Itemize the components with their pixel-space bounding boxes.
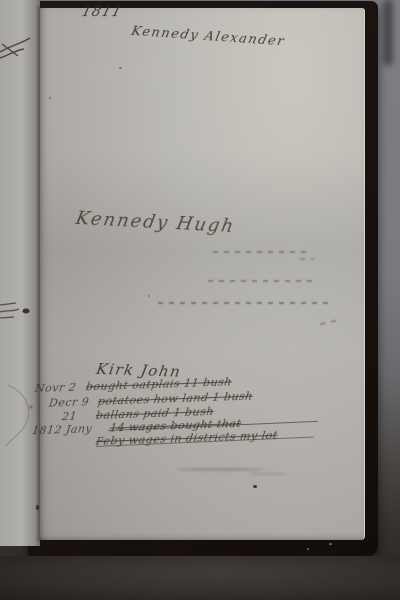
- facing-page-ink-marks: [0, 0, 45, 600]
- faded-entry-trace: [158, 302, 333, 304]
- ink-smudge: [248, 473, 288, 475]
- entry-date: Decr 9: [48, 395, 90, 409]
- entry-date: Novr 2: [34, 381, 77, 396]
- ink-smudge: [176, 468, 264, 471]
- year-inscription: 1811: [80, 4, 124, 20]
- ink-speck: [49, 97, 51, 99]
- ink-speck: [36, 505, 39, 510]
- page-shading: [40, 150, 364, 350]
- dust-speck: [307, 548, 309, 550]
- faded-entry-trace: [208, 280, 316, 282]
- faded-entry-trace: [213, 251, 308, 253]
- dust-speck: [329, 543, 332, 545]
- ledger-photo: 1811 Kennedy Alexander Kennedy Hugh Kirk…: [0, 0, 400, 600]
- table-surface: [0, 556, 400, 600]
- background-shadow-streak: [383, 0, 393, 65]
- faded-entry-trace: [300, 258, 314, 260]
- ink-speck: [148, 295, 150, 297]
- entry-date: 21: [61, 410, 78, 424]
- ink-speck: [119, 67, 122, 69]
- ink-speck: [253, 485, 257, 488]
